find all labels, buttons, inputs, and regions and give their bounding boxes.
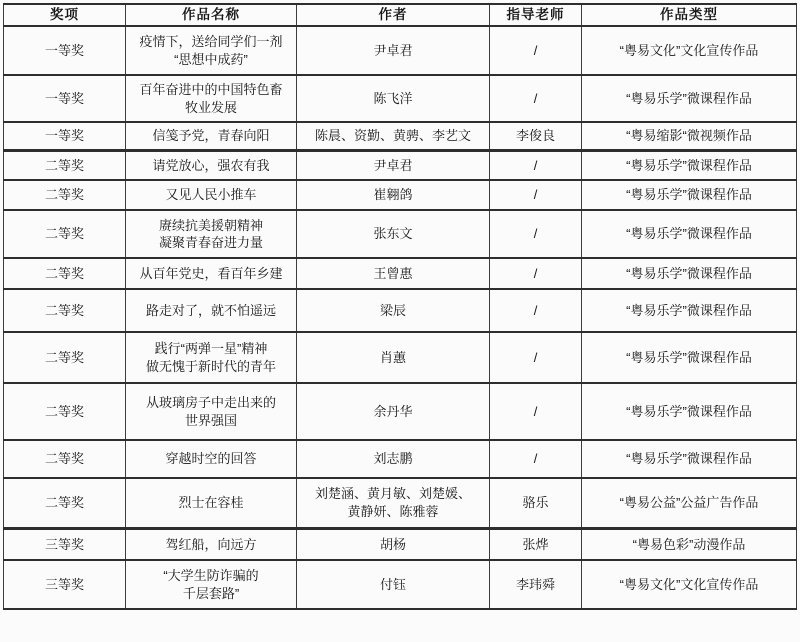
table-row: 二等奖 穿越时空的回答 刘志鹏 / “粤易乐学”微课程作品	[4, 440, 797, 478]
author-cell: 张东文	[297, 210, 490, 258]
author-cell: 余丹华	[297, 383, 490, 440]
title-cell: “大学生防诈骗的 千层套路”	[126, 560, 297, 609]
table-row: 二等奖 烈士在容桂 刘楚涵、黄月敏、刘楚媛、 黄静妍、陈雅蓉 骆乐 “粤易公益”…	[4, 478, 797, 528]
title-cell: 从百年党史，看百年乡建	[126, 258, 297, 289]
title-cell: 路走对了，就不怕遥远	[126, 289, 297, 332]
title-cell: 烈士在容桂	[126, 478, 297, 528]
awards-table-page: 奖项 作品名称 作者 指导老师 作品类型 一等奖 疫情下，送给同学们一剂 “思想…	[0, 0, 800, 642]
author-cell: 王曾惠	[297, 258, 490, 289]
table-row: 二等奖 从玻璃房子中走出来的 世界强国 余丹华 / “粤易乐学”微课程作品	[4, 383, 797, 440]
author-cell: 陈飞洋	[297, 75, 490, 122]
title-cell: 信笺予党，青春向阳	[126, 122, 297, 150]
award-cell: 一等奖	[4, 26, 126, 75]
award-cell: 三等奖	[4, 560, 126, 609]
type-cell: “粤易乐学”微课程作品	[582, 75, 797, 122]
teacher-cell: /	[490, 440, 582, 478]
table-row: 三等奖 “大学生防诈骗的 千层套路” 付钰 李玮舜 “粤易文化”文化宣传作品	[4, 560, 797, 609]
type-cell: “粤易公益”公益广告作品	[582, 478, 797, 528]
type-cell: “粤易色彩”动漫作品	[582, 528, 797, 560]
teacher-cell: /	[490, 332, 582, 383]
author-cell: 胡杨	[297, 528, 490, 560]
author-cell: 尹卓君	[297, 150, 490, 180]
type-cell: “粤易乐学”微课程作品	[582, 332, 797, 383]
title-cell: 从玻璃房子中走出来的 世界强国	[126, 383, 297, 440]
award-cell: 一等奖	[4, 75, 126, 122]
author-cell: 刘楚涵、黄月敏、刘楚媛、 黄静妍、陈雅蓉	[297, 478, 490, 528]
teacher-cell: /	[490, 383, 582, 440]
type-cell: “粤易乐学”微课程作品	[582, 383, 797, 440]
type-cell: “粤易乐学”微课程作品	[582, 150, 797, 180]
type-cell: “粤易乐学”微课程作品	[582, 180, 797, 210]
table-row: 二等奖 路走对了，就不怕遥远 梁辰 / “粤易乐学”微课程作品	[4, 289, 797, 332]
table-row: 二等奖 请党放心，强农有我 尹卓君 / “粤易乐学”微课程作品	[4, 150, 797, 180]
author-cell: 崔翱鸽	[297, 180, 490, 210]
table-row: 一等奖 信笺予党，青春向阳 陈晨、资勤、黄骋、李艺文 李俊良 “粤易缩影“微视频…	[4, 122, 797, 150]
award-cell: 一等奖	[4, 122, 126, 150]
author-cell: 刘志鹏	[297, 440, 490, 478]
teacher-cell: /	[490, 150, 582, 180]
type-cell: “粤易乐学”微课程作品	[582, 210, 797, 258]
table-row: 二等奖 从百年党史，看百年乡建 王曾惠 / “粤易乐学”微课程作品	[4, 258, 797, 289]
header-cell-award: 奖项	[4, 4, 126, 26]
teacher-cell: 骆乐	[490, 478, 582, 528]
award-cell: 二等奖	[4, 210, 126, 258]
teacher-cell: /	[490, 258, 582, 289]
title-cell: 百年奋进中的中国特色畜 牧业发展	[126, 75, 297, 122]
teacher-cell: /	[490, 75, 582, 122]
author-cell: 肖蕙	[297, 332, 490, 383]
header-row: 奖项 作品名称 作者 指导老师 作品类型	[4, 4, 797, 26]
author-cell: 尹卓君	[297, 26, 490, 75]
award-cell: 二等奖	[4, 478, 126, 528]
header-cell-title: 作品名称	[126, 4, 297, 26]
teacher-cell: /	[490, 180, 582, 210]
award-cell: 二等奖	[4, 289, 126, 332]
type-cell: “粤易乐学”微课程作品	[582, 440, 797, 478]
header-cell-type: 作品类型	[582, 4, 797, 26]
author-cell: 梁辰	[297, 289, 490, 332]
table-row: 一等奖 疫情下，送给同学们一剂 “思想中成药” 尹卓君 / “粤易文化”文化宣传…	[4, 26, 797, 75]
title-cell: 赓续抗美援朝精神 凝聚青春奋进力量	[126, 210, 297, 258]
table-row: 一等奖 百年奋进中的中国特色畜 牧业发展 陈飞洋 / “粤易乐学”微课程作品	[4, 75, 797, 122]
teacher-cell: /	[490, 289, 582, 332]
type-cell: “粤易缩影“微视频作品	[582, 122, 797, 150]
award-cell: 二等奖	[4, 440, 126, 478]
title-cell: 疫情下，送给同学们一剂 “思想中成药”	[126, 26, 297, 75]
teacher-cell: 张烨	[490, 528, 582, 560]
teacher-cell: 李俊良	[490, 122, 582, 150]
type-cell: “粤易文化”文化宣传作品	[582, 560, 797, 609]
table-row: 二等奖 又见人民小推车 崔翱鸽 / “粤易乐学”微课程作品	[4, 180, 797, 210]
teacher-cell: 李玮舜	[490, 560, 582, 609]
author-cell: 付钰	[297, 560, 490, 609]
header-cell-teacher: 指导老师	[490, 4, 582, 26]
title-cell: 驾红船，向远方	[126, 528, 297, 560]
title-cell: 又见人民小推车	[126, 180, 297, 210]
table-row: 二等奖 赓续抗美援朝精神 凝聚青春奋进力量 张东文 / “粤易乐学”微课程作品	[4, 210, 797, 258]
award-cell: 二等奖	[4, 150, 126, 180]
award-cell: 二等奖	[4, 332, 126, 383]
table-row: 二等奖 践行“两弹一星”精神 做无愧于新时代的青年 肖蕙 / “粤易乐学”微课程…	[4, 332, 797, 383]
title-cell: 穿越时空的回答	[126, 440, 297, 478]
award-cell: 二等奖	[4, 180, 126, 210]
title-cell: 践行“两弹一星”精神 做无愧于新时代的青年	[126, 332, 297, 383]
teacher-cell: /	[490, 26, 582, 75]
awards-table: 奖项 作品名称 作者 指导老师 作品类型 一等奖 疫情下，送给同学们一剂 “思想…	[3, 3, 797, 610]
award-cell: 二等奖	[4, 258, 126, 289]
author-cell: 陈晨、资勤、黄骋、李艺文	[297, 122, 490, 150]
award-cell: 二等奖	[4, 383, 126, 440]
type-cell: “粤易乐学”微课程作品	[582, 258, 797, 289]
award-cell: 三等奖	[4, 528, 126, 560]
title-cell: 请党放心，强农有我	[126, 150, 297, 180]
type-cell: “粤易乐学”微课程作品	[582, 289, 797, 332]
teacher-cell: /	[490, 210, 582, 258]
type-cell: “粤易文化”文化宣传作品	[582, 26, 797, 75]
table-row: 三等奖 驾红船，向远方 胡杨 张烨 “粤易色彩”动漫作品	[4, 528, 797, 560]
header-cell-author: 作者	[297, 4, 490, 26]
